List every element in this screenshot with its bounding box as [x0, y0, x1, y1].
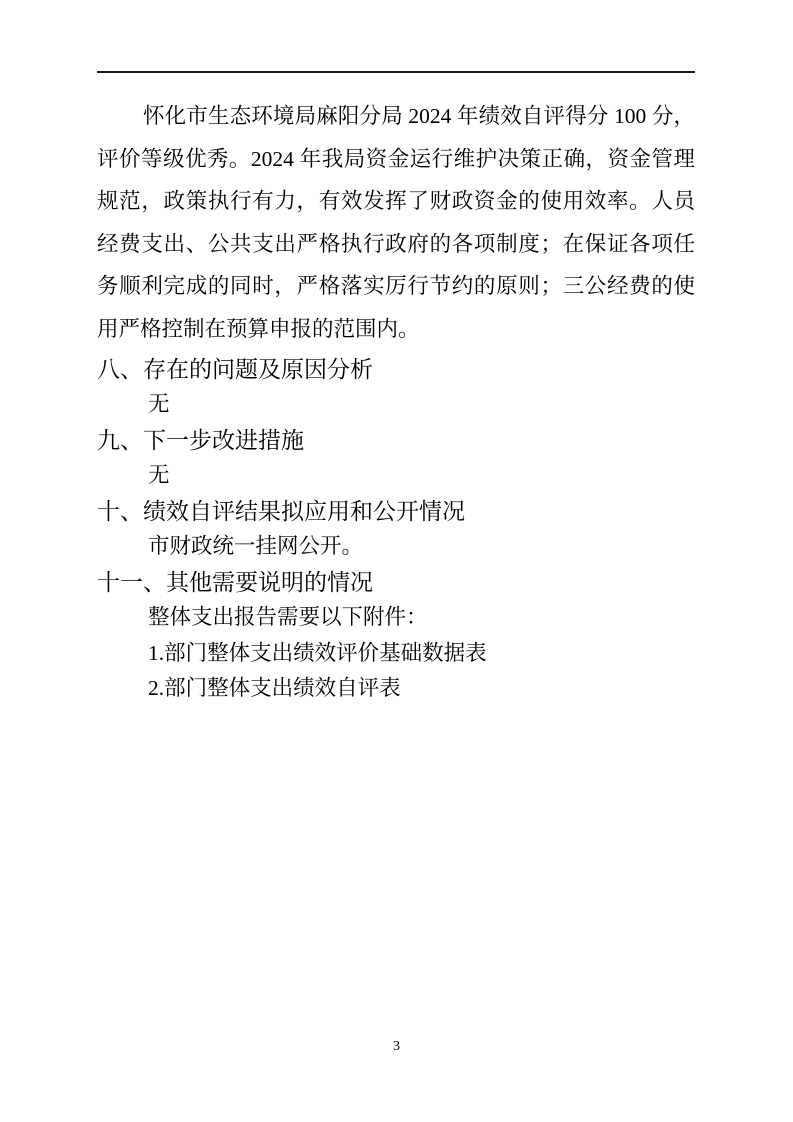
document-page: 怀化市生态环境局麻阳分局 2024 年绩效自评得分 100 分， 评价等级优秀。… — [0, 0, 793, 1122]
page-content: 怀化市生态环境局麻阳分局 2024 年绩效自评得分 100 分， 评价等级优秀。… — [97, 95, 695, 707]
paragraph-line: 经费支出、公共支出严格执行政府的各项制度；在保证各项任 — [97, 223, 695, 266]
page-number: 3 — [0, 1038, 793, 1056]
section-body-line: 市财政统一挂网公开。 — [97, 529, 695, 565]
paragraph-line: 务顺利完成的同时，严格落实厉行节约的原则；三公经费的使 — [97, 265, 695, 308]
section-body-line: 无 — [97, 387, 695, 423]
paragraph-line: 怀化市生态环境局麻阳分局 2024 年绩效自评得分 100 分， — [97, 95, 695, 138]
section-body-line: 整体支出报告需要以下附件： — [97, 600, 695, 636]
summary-paragraph: 怀化市生态环境局麻阳分局 2024 年绩效自评得分 100 分， 评价等级优秀。… — [97, 95, 695, 351]
section-heading: 八、存在的问题及原因分析 — [97, 352, 695, 388]
section-body-line: 2.部门整体支出绩效自评表 — [97, 671, 695, 707]
paragraph-line: 用严格控制在预算申报的范围内。 — [97, 308, 695, 351]
section-body-line: 无 — [97, 458, 695, 494]
header-rule — [97, 71, 695, 73]
section-list: 八、存在的问题及原因分析 无 九、下一步改进措施 无 十、绩效自评结果拟应用和公… — [97, 352, 695, 707]
section-heading: 十、绩效自评结果拟应用和公开情况 — [97, 494, 695, 530]
section-heading: 九、下一步改进措施 — [97, 423, 695, 459]
section-heading: 十一、其他需要说明的情况 — [97, 565, 695, 601]
section-body-line: 1.部门整体支出绩效评价基础数据表 — [97, 636, 695, 672]
paragraph-line: 规范，政策执行有力，有效发挥了财政资金的使用效率。人员 — [97, 180, 695, 223]
paragraph-line: 评价等级优秀。2024 年我局资金运行维护决策正确，资金管理 — [97, 138, 695, 181]
